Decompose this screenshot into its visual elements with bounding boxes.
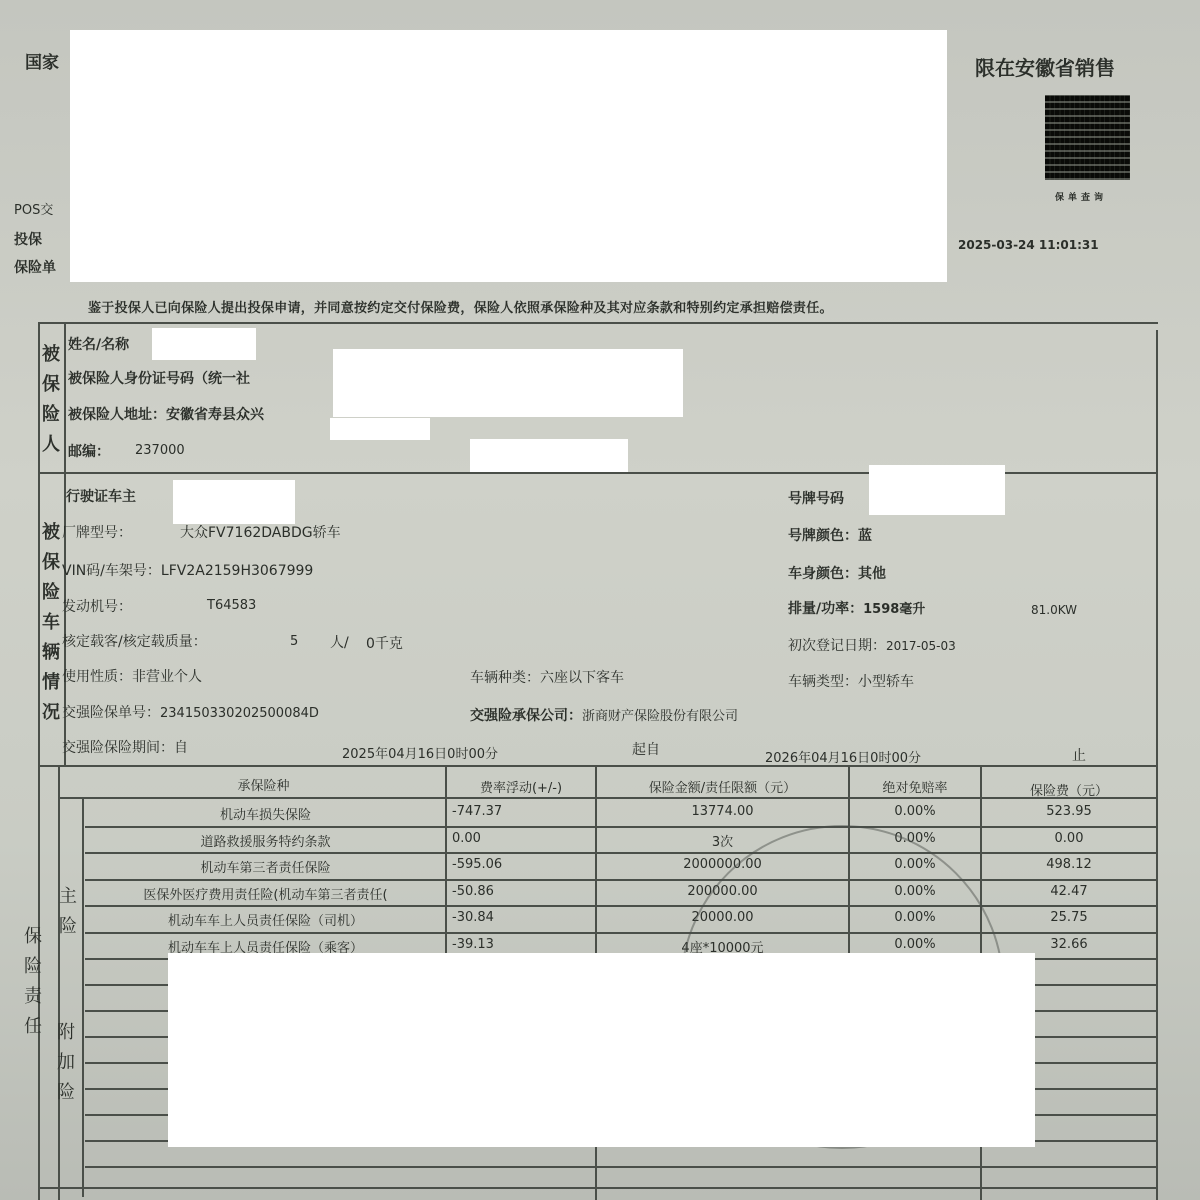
postcode-label: 邮编： (68, 441, 110, 461)
insured-address-label: 被保险人地址：安徽省寿县众兴 (68, 404, 264, 424)
redacted-owner (173, 480, 295, 524)
column-header: 承保险种 (82, 775, 445, 794)
period-from: 2025年04月16日0时00分 (342, 743, 498, 762)
additional-coverage-label: 附加险 (55, 1018, 77, 1108)
capacity-label: 核定载客/核定载质量： (62, 631, 207, 651)
insurance-policy-document: 国家 限在安徽省销售 保单查询 POS交 投保 保险单 2025-03-24 1… (0, 0, 1200, 1200)
table-bottom-border (38, 1187, 1158, 1189)
usage-value: 非营业个人 (132, 669, 202, 685)
qr-caption: 保单查询 (1055, 190, 1107, 203)
displacement-row: 排量/功率：1598毫升 (788, 598, 925, 618)
applicant-label: 投保 (14, 229, 42, 249)
coverage-cell-premium: 0.00 (982, 831, 1156, 846)
insured-section-label: 被保险人 (40, 340, 62, 460)
coverage-cell-amount: 13774.00 (597, 804, 848, 819)
document-title: 国家 (25, 48, 59, 73)
vin-label: VIN码/车架号： (62, 563, 161, 579)
usage-row: 使用性质：非营业个人 (62, 666, 202, 686)
compulsory-insurer-row: 交强险承保公司：浙商财产保险股份有限公司 (470, 705, 738, 725)
row-divider (85, 905, 1157, 907)
owner-label: 行驶证车主 (66, 486, 136, 506)
coverage-cell-name: 道路救援服务特约条款 (86, 831, 445, 850)
redacted-plate (869, 465, 1005, 515)
power-value: 81.0KW (1031, 603, 1077, 617)
coverage-side-label: 保险责任 (22, 922, 44, 1042)
policy-no-label: 保险单 (14, 257, 56, 277)
usage-label: 使用性质： (62, 669, 132, 685)
row-divider (85, 932, 1157, 934)
coverage-cell-rate: -39.13 (452, 937, 599, 952)
redacted-header (70, 30, 947, 282)
redacted-additional-coverage (168, 953, 1035, 1147)
capacity-unit: 人/ (330, 632, 349, 652)
redacted-name (152, 328, 256, 360)
coverage-cell-rate: -595.06 (452, 857, 599, 872)
plate-color-label: 号牌颜色： (788, 528, 858, 544)
insured-id-label: 被保险人身份证号码（统一社 (68, 368, 250, 388)
period-end-suffix: 止 (1072, 745, 1086, 765)
vehicle-type-label: 车辆类型： (788, 674, 858, 690)
first-reg-label: 初次登记日期： (788, 638, 886, 654)
declaration-text: 鉴于投保人已向保险人提出投保申请，并同意按约定交付保险费，保险人依照承保险种及其… (88, 297, 833, 316)
address-label: 被保险人地址： (68, 407, 166, 423)
period-to-label: 起自 (632, 739, 660, 759)
coverage-cell-premium: 523.95 (982, 804, 1156, 819)
pos-label: POS交 (14, 199, 53, 218)
first-reg-value: 2017-05-03 (886, 639, 956, 653)
table-top-border (38, 322, 1158, 324)
redacted-id (333, 349, 683, 417)
compulsory-period-label: 交强险保险期间：自 (62, 737, 188, 757)
body-color-value: 其他 (858, 566, 886, 582)
vehicle-section-label: 被保险车辆情况 (40, 518, 62, 728)
vehicle-kind-label: 车辆种类： (470, 670, 540, 686)
model-label: 厂牌型号： (62, 525, 132, 541)
compulsory-insurer-label: 交强险承保公司： (470, 708, 582, 724)
model-row: 厂牌型号：大众FV7162DABDG轿车 (62, 522, 341, 542)
print-time: 2025-03-24 11:01:31 (958, 238, 1099, 252)
capacity-mass: 0千克 (366, 633, 403, 653)
body-color-row: 车身颜色：其他 (788, 563, 886, 583)
column-header: 绝对免赔率 (850, 777, 980, 796)
displacement-label: 排量/功率： (788, 601, 863, 617)
coverage-cell-name: 机动车损失保险 (86, 804, 445, 823)
plate-color-value: 蓝 (858, 528, 872, 544)
coverage-cell-premium: 25.75 (982, 910, 1156, 925)
redacted-address (330, 418, 430, 440)
main-coverage-label: 主险 (57, 882, 79, 942)
coverage-cell-rate: -747.37 (452, 804, 599, 819)
vin-value: LFV2A2159H3067999 (161, 563, 313, 579)
row-divider (85, 879, 1157, 881)
coverage-cell-premium: 42.47 (982, 884, 1156, 899)
postcode-value: 237000 (135, 443, 185, 458)
qr-code[interactable] (1045, 95, 1130, 180)
insured-name-label: 姓名/名称 (68, 334, 129, 354)
column-header: 费率浮动(+/-) (447, 777, 595, 796)
column-header: 保险金额/责任限额（元） (597, 777, 848, 796)
sale-region-label: 限在安徽省销售 (975, 52, 1115, 81)
row-divider (85, 1166, 1157, 1168)
coverage-cell-rate: 0.00 (452, 831, 599, 846)
coverage-side-divider (58, 767, 60, 1200)
engine-label: 发动机号： (62, 596, 132, 616)
coverage-cell-deductible: 0.00% (850, 804, 980, 819)
row-divider (85, 826, 1157, 828)
coverage-cell-name: 机动车第三者责任保险 (86, 857, 445, 876)
redacted-phone (470, 439, 628, 474)
coverage-cell-name: 机动车车上人员责任保险（司机） (86, 910, 445, 929)
vehicle-kind-value: 六座以下客车 (540, 670, 624, 686)
coverage-cell-name: 医保外医疗费用责任险(机动车第三者责任( (86, 884, 445, 903)
vehicle-kind-row: 车辆种类：六座以下客车 (470, 667, 624, 687)
period-to: 2026年04月16日0时00分 (765, 747, 921, 766)
model-value: 大众FV7162DABDG轿车 (180, 525, 341, 541)
plate-color-row: 号牌颜色：蓝 (788, 525, 872, 545)
vehicle-type-value: 小型轿车 (858, 674, 914, 690)
address-value: 安徽省寿县众兴 (166, 407, 264, 423)
body-color-label: 车身颜色： (788, 566, 858, 582)
plate-no-label: 号牌号码 (788, 488, 844, 508)
compulsory-no-label: 交强险保单号： (62, 705, 160, 721)
coverage-cell-premium: 32.66 (982, 937, 1156, 952)
engine-value: T64583 (207, 598, 256, 613)
compulsory-no-row: 交强险保单号：234150330202500084D (62, 702, 319, 722)
compulsory-no-value: 234150330202500084D (160, 706, 319, 721)
section-divider (38, 765, 1158, 767)
vehicle-type-row: 车辆类型：小型轿车 (788, 671, 914, 691)
coverage-cell-rate: -50.86 (452, 884, 599, 899)
vin-row: VIN码/车架号：LFV2A2159H3067999 (62, 560, 313, 580)
coverage-cell-premium: 498.12 (982, 857, 1156, 872)
displacement-value: 1598毫升 (863, 602, 925, 617)
coverage-group-divider (82, 797, 84, 1197)
coverage-cell-rate: -30.84 (452, 910, 599, 925)
section-label-divider (64, 322, 66, 767)
row-divider (85, 852, 1157, 854)
first-reg-row: 初次登记日期：2017-05-03 (788, 635, 956, 655)
compulsory-insurer-value: 浙商财产保险股份有限公司 (582, 709, 738, 724)
capacity-persons: 5 (290, 634, 298, 649)
row-divider (58, 797, 1156, 799)
